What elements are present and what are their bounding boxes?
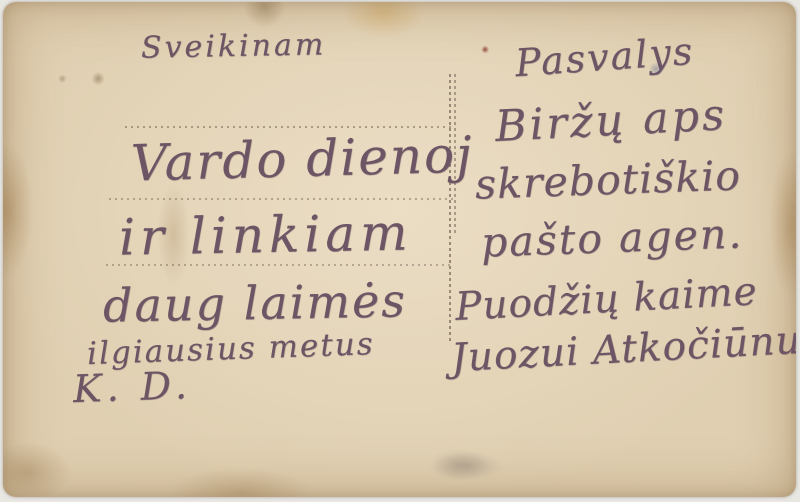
address-line-3: skrebotiškio (474, 155, 741, 205)
address-line-2: Biržų aps (494, 94, 728, 149)
writing-line-2 (109, 198, 453, 200)
pencil-smudge (433, 452, 503, 480)
address-line-6: Juozui Atkočiūnu (450, 321, 796, 378)
postcard-back: Sveikinam Vardo dienoj ir linkiam daug l… (3, 2, 796, 497)
greeting-text: Sveikinam (141, 30, 327, 63)
message-line-2: ir linkiam (119, 207, 413, 262)
signature-initials: K. D. (72, 366, 192, 408)
center-divider-line (449, 74, 451, 342)
address-line-5: Puodžių kaime (454, 272, 758, 327)
address-line-4: pašto agen. (480, 213, 744, 263)
address-line-1: Pasvalys (514, 32, 695, 82)
ink-speck (649, 62, 663, 76)
message-line-3: daug laimės (103, 277, 408, 328)
message-line-1: Vardo dienoj (130, 130, 474, 189)
message-line-4: ilgiausius metus (87, 329, 376, 370)
